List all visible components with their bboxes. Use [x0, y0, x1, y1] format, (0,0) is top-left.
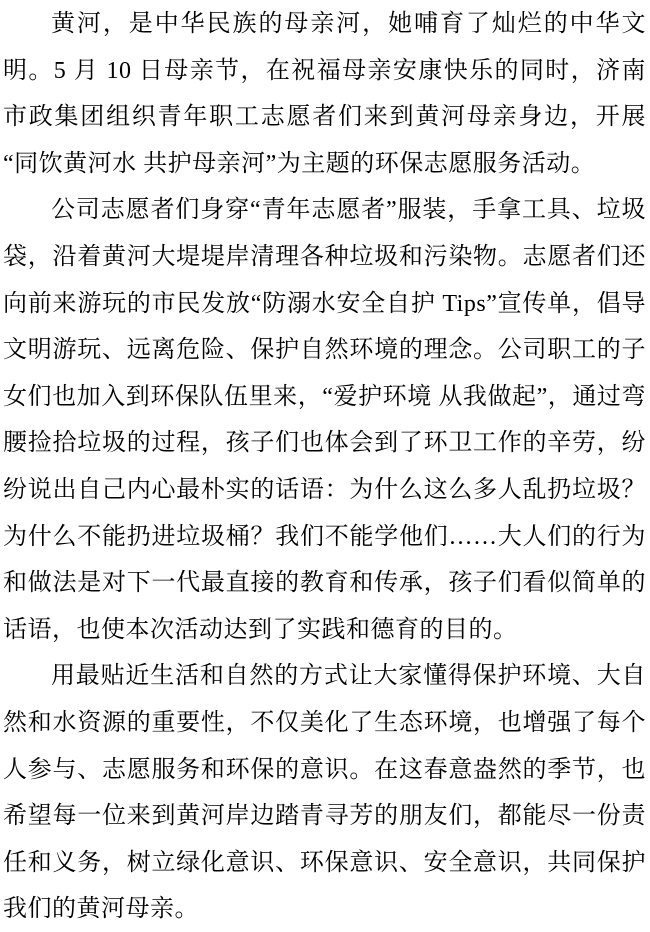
- document-page: 黄河，是中华民族的母亲河，她哺育了灿烂的中华文明。5 月 10 日母亲节，在祝福…: [0, 0, 650, 932]
- paragraph-intro: 黄河，是中华民族的母亲河，她哺育了灿烂的中华文明。5 月 10 日母亲节，在祝福…: [3, 1, 646, 187]
- paragraph-activity-details: 公司志愿者们身穿“青年志愿者”服装，手拿工具、垃圾袋，沿着黄河大堤堤岸清理各种垃…: [3, 187, 646, 653]
- paragraph-conclusion: 用最贴近生活和自然的方式让大家懂得保护环境、大自然和水资源的重要性，不仅美化了生…: [3, 653, 646, 932]
